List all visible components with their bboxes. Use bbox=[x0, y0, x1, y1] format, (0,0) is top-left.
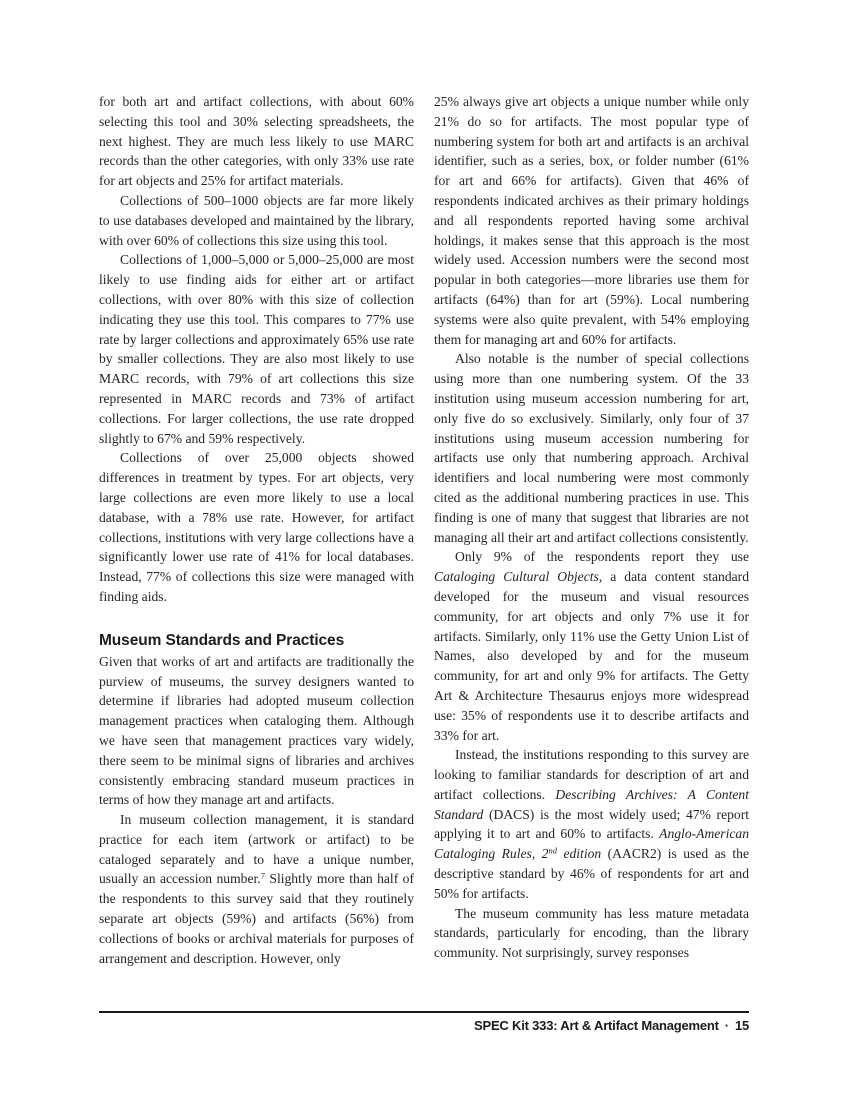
page-body: for both art and artifact collections, w… bbox=[99, 92, 749, 968]
section-heading: Museum Standards and Practices bbox=[99, 631, 414, 651]
paragraph: Collections of 1,000–5,000 or 5,000–25,0… bbox=[99, 250, 414, 448]
document-page: for both art and artifact collections, w… bbox=[0, 0, 849, 1100]
paragraph: Collections of over 25,000 objects showe… bbox=[99, 448, 414, 606]
paragraph: Instead, the institutions responding to … bbox=[434, 745, 749, 903]
footer-title: SPEC Kit 333: Art & Artifact Management bbox=[474, 1018, 719, 1033]
paragraph: Collections of 500–1000 objects are far … bbox=[99, 191, 414, 250]
paragraph: Given that works of art and artifacts ar… bbox=[99, 652, 414, 810]
page-footer: SPEC Kit 333: Art & Artifact Management·… bbox=[99, 1011, 749, 1034]
paragraph: Only 9% of the respondents report they u… bbox=[434, 547, 749, 745]
left-column: for both art and artifact collections, w… bbox=[99, 92, 414, 968]
footer-separator: · bbox=[725, 1018, 729, 1033]
right-column: 25% always give art objects a unique num… bbox=[434, 92, 749, 968]
paragraph: 25% always give art objects a unique num… bbox=[434, 92, 749, 349]
page-number: 15 bbox=[735, 1018, 749, 1033]
running-footer: SPEC Kit 333: Art & Artifact Management·… bbox=[99, 1018, 749, 1034]
paragraph: for both art and artifact collections, w… bbox=[99, 92, 414, 191]
paragraph: Also notable is the number of special co… bbox=[434, 349, 749, 547]
paragraph: The museum community has less mature met… bbox=[434, 904, 749, 963]
paragraph: In museum collection management, it is s… bbox=[99, 810, 414, 968]
